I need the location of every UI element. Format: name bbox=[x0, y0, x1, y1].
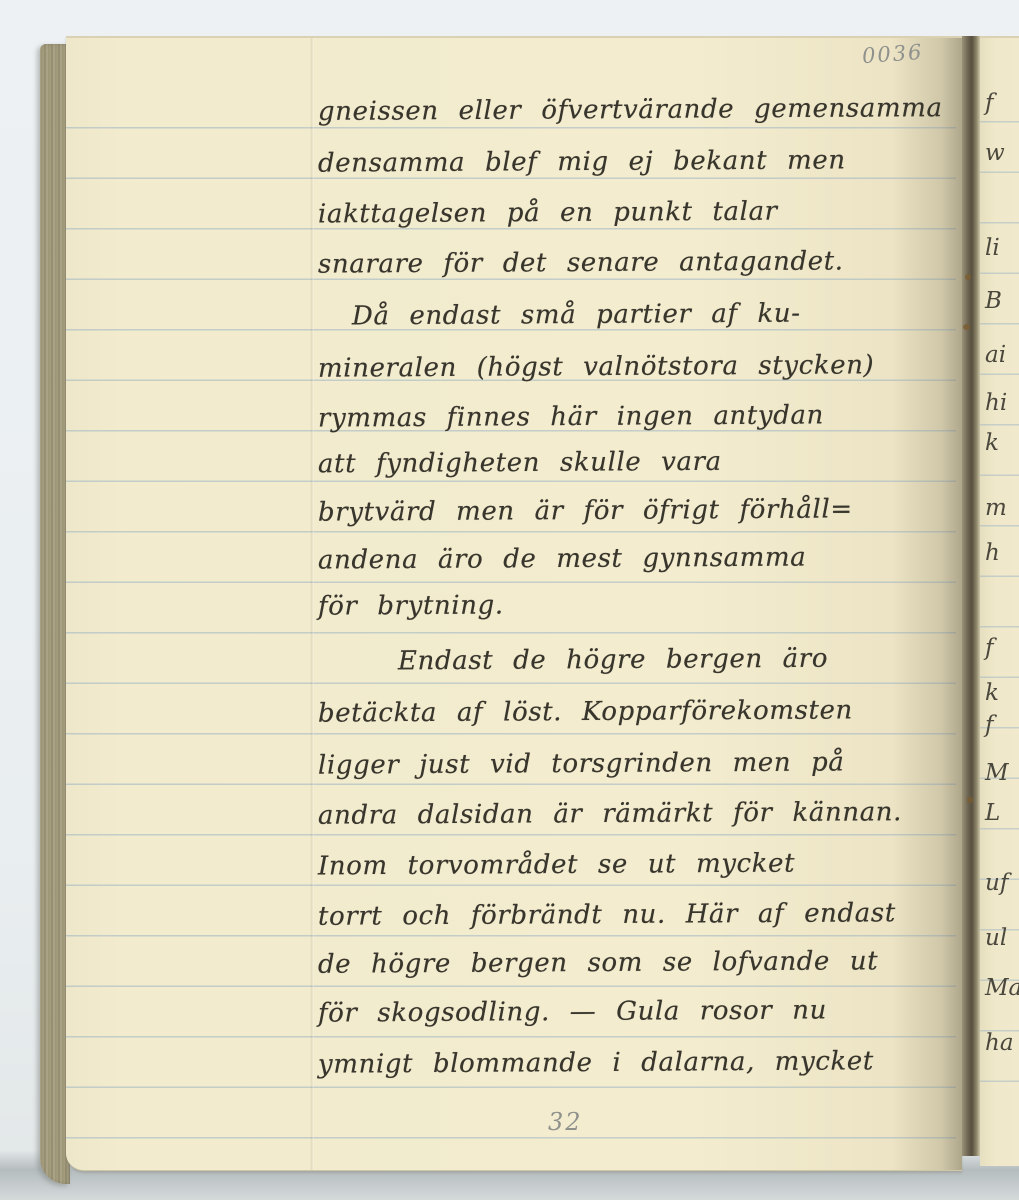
archive-number: 0036 bbox=[861, 40, 924, 68]
book-gutter bbox=[962, 36, 980, 1156]
partial-line-fragment: Ma bbox=[985, 973, 1019, 1003]
page-number: 32 bbox=[548, 1108, 583, 1136]
handwritten-line: torrt och förbrändt nu. Här af endast bbox=[318, 887, 896, 943]
foxing-spot bbox=[965, 274, 971, 280]
partial-line-fragment: w bbox=[985, 138, 1005, 168]
partial-line-fragment: L bbox=[985, 798, 1000, 828]
handwritten-line: densamma blef mig ej bekant men bbox=[318, 134, 846, 189]
handwritten-line: ligger just vid torsgrinden men på bbox=[318, 736, 845, 791]
partial-line-fragment: B bbox=[985, 286, 1002, 316]
handwritten-line: för skogsodling. — Gula rosor nu bbox=[318, 984, 827, 1039]
handwritten-line: andra dalsidan är rämärkt för kännan. bbox=[318, 786, 902, 842]
partial-line-fragment: f bbox=[985, 88, 994, 118]
partial-line-fragment: li bbox=[985, 233, 1000, 263]
handwritten-line: andena äro de mest gynnsamma bbox=[318, 532, 807, 587]
ruled-lines-right bbox=[980, 72, 1019, 1126]
partial-line-fragment: k bbox=[985, 678, 999, 708]
partial-line-fragment: h bbox=[985, 538, 1000, 568]
handwritten-line: mineralen (högst valnötstora stycken) bbox=[318, 339, 875, 394]
foxing-spot bbox=[967, 797, 973, 803]
gutter-shading bbox=[892, 38, 962, 1170]
handwritten-line: för brytning. bbox=[318, 579, 504, 632]
partial-line-fragment: ai bbox=[985, 340, 1006, 370]
partial-line-fragment: k bbox=[985, 428, 999, 458]
handwritten-line: Endast de högre bergen äro bbox=[398, 633, 828, 688]
foxing-spot bbox=[963, 324, 970, 330]
handwritten-line: brytvärd men är för öfrigt förhåll= bbox=[318, 483, 853, 538]
handwritten-line: Inom torvområdet se ut mycket bbox=[318, 838, 795, 893]
scanned-notebook-page: { "document": { "archive_number": "0036"… bbox=[0, 0, 1019, 1200]
partial-line-fragment: M bbox=[985, 758, 1009, 788]
handwritten-line: Då endast små partier af ku- bbox=[352, 288, 801, 343]
partial-line-fragment: uf bbox=[985, 868, 1008, 898]
handwritten-line: gneissen eller öfvertvärande gemensamma bbox=[318, 82, 943, 138]
page-fold-crease bbox=[310, 38, 314, 1170]
partial-line-fragment: f bbox=[985, 633, 994, 663]
handwritten-line: betäckta af löst. Kopparförekomsten bbox=[318, 684, 853, 739]
partial-line-fragment: ul bbox=[985, 923, 1007, 953]
handwritten-line: att fyndigheten skulle vara bbox=[318, 436, 722, 490]
partial-line-fragment: f bbox=[985, 710, 994, 740]
handwritten-line: ymnigt blommande i dalarna, mycket bbox=[318, 1035, 874, 1090]
partial-line-fragment: ha bbox=[985, 1028, 1014, 1058]
partial-line-fragment: hi bbox=[985, 388, 1007, 418]
partial-line-fragment: m bbox=[985, 493, 1007, 523]
handwritten-line: snarare för det senare antagandet. bbox=[318, 235, 844, 290]
handwritten-line: de högre bergen som se lofvande ut bbox=[318, 935, 879, 990]
handwritten-line: iakttagelsen på en punkt talar bbox=[318, 186, 778, 241]
